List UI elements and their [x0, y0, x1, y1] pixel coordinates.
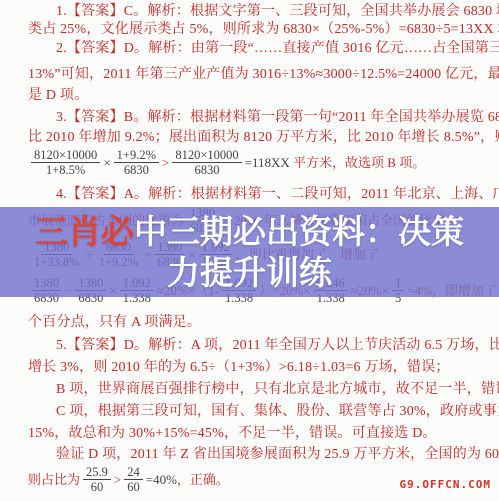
text-run: C 项，根据第三段可知，国有、集体、股份、联营等占 30%，政府或事业单位占 — [56, 404, 499, 419]
banner-title-highlight: 三肖必 — [35, 213, 134, 250]
banner-title-rest: 中三期必出资料：决策 — [134, 213, 464, 250]
text-run: 个百分点，只有 A 项满足。 — [28, 315, 201, 330]
text-run: 2.【答案】D。解析：由第一段“……直接产值 3016 亿元……占全国第三产业的 — [56, 41, 499, 56]
fraction-numerator: 25.9 — [83, 465, 111, 480]
text-line: 类占 25%，文化展示类占 5%，则所求为 6830×（25%-5%）=6830… — [28, 21, 494, 38]
text-run: =40% — [146, 471, 177, 488]
text-line: 比 2010 年增加 9.2%；展出面积为 8120 万平方米，比 2010 年… — [28, 129, 494, 146]
text-run: > — [162, 154, 169, 171]
text-run: 验证 D 项，2011 年 Z 省出国境参展面积为 25.9 万平方米，全国的为… — [56, 447, 499, 462]
text-line: 增长 3%，则 2010 年的为 6.5÷（1+3%）>6.18÷1.03=6 … — [28, 359, 494, 376]
text-run: ，正确。 — [177, 471, 229, 488]
fraction: 1+9.2%6830 — [114, 148, 159, 177]
fraction-numerator: 8120×10000 — [172, 148, 241, 163]
formula-line: 8120×100001+8.5%×1+9.2%6830>8120×1000068… — [28, 148, 494, 177]
text-line: 验证 D 项，2011 年 Z 省出国境参展面积为 25.9 万平方米，全国的为… — [28, 446, 494, 463]
text-run: 平方米，故选项 B 项。 — [290, 154, 425, 171]
text-run: 4.【答案】A。解析：根据材料第一、二段可知，2011 年北京、上海、广州三城 — [56, 187, 499, 202]
text-line: 2.【答案】D。解析：由第一段“……直接产值 3016 亿元……占全国第三产业的 — [28, 40, 494, 57]
text-run: 1.【答案】C。解析：根据文字第一、三段可知，全国共举办展会 6830 场，消费 — [56, 4, 499, 19]
fraction: 25.960 — [83, 465, 111, 494]
text-line: 13%”可知，2011 年第三产业产值为 3016÷13%≈3000÷12.5%… — [28, 66, 494, 83]
fraction-denominator: 1+8.5% — [43, 163, 88, 177]
fraction-denominator: 60 — [88, 480, 107, 494]
text-run: B 项，世界商展百强排行榜中，只有北京是北方城市，故不足一半，错误； — [56, 382, 499, 397]
text-run: > — [114, 471, 121, 488]
text-line: 4.【答案】A。解析：根据材料第一、二段可知，2011 年北京、上海、广州三城 — [28, 186, 494, 203]
text-line: 个百分点，只有 A 项满足。 — [28, 314, 494, 331]
answer-key-page: 1.【答案】C。解析：根据文字第一、三段可知，全国共举办展会 6830 场，消费… — [0, 0, 499, 501]
text-run: 增长 3%，则 2010 年的为 6.5÷（1+3%）>6.18÷1.03=6 … — [28, 360, 450, 375]
text-line: 5.【答案】D。解析：A 项，2011 年全国万人以上节庆活动 6.5 万场，比… — [28, 337, 494, 354]
text-line: 3.【答案】B。解析：根据材料第一段第一句“2011 年全国共举办展览 6830… — [28, 109, 494, 126]
fraction-numerator: 24 — [124, 465, 143, 480]
banner-title-line-1: 三肖必中三期必出资料：决策 — [35, 211, 464, 252]
text-run: 类占 25%，文化展示类占 5%，则所求为 6830×（25%-5%）=6830… — [28, 22, 499, 37]
promo-banner-overlay: 三肖必中三期必出资料：决策 力提升训练 — [0, 207, 499, 297]
fraction-denominator: 6830 — [121, 163, 152, 177]
fraction-denominator: 6830 — [192, 163, 223, 177]
fraction-denominator: 60 — [124, 480, 143, 494]
text-line: C 项，根据第三段可知，国有、集体、股份、联营等占 30%，政府或事业单位占 — [28, 403, 494, 420]
text-line: 1.【答案】C。解析：根据文字第一、三段可知，全国共举办展会 6830 场，消费 — [28, 3, 494, 20]
text-run: 5.【答案】D。解析：A 项，2011 年全国万人以上节庆活动 6.5 万场，比… — [56, 338, 499, 353]
text-run: 比 2010 年增加 9.2%；展出面积为 8120 万平方米，比 2010 年… — [28, 130, 499, 145]
fraction-numerator: 1+9.2% — [114, 148, 159, 163]
banner-title-line-2: 力提升训练 — [167, 252, 332, 293]
fraction: 8120×100001+8.5% — [31, 148, 100, 177]
text-run: =118XX — [245, 154, 290, 171]
text-run: 13%”可知，2011 年第三产业产值为 3016÷13%≈3000÷12.5%… — [28, 67, 499, 82]
text-run: 是 D 项。 — [28, 88, 88, 103]
text-run: 15%，故总和为 30%+15%=45%，不足一半，错误。可直接选 D。 — [28, 426, 437, 441]
text-run: 则占比为 — [28, 471, 80, 488]
text-line: 是 D 项。 — [28, 87, 494, 104]
text-line: B 项，世界商展百强排行榜中，只有北京是北方城市，故不足一半，错误； — [28, 381, 494, 398]
text-run: × — [103, 154, 110, 171]
text-run: 3.【答案】B。解析：根据材料第一段第一句“2011 年全国共举办展览 6830… — [56, 110, 499, 125]
offcn-watermark: G9.OFFCN.COM — [400, 478, 491, 491]
fraction: 8120×100006830 — [172, 148, 241, 177]
fraction: 2460 — [124, 465, 143, 494]
fraction-numerator: 8120×10000 — [31, 148, 100, 163]
text-line: 15%，故总和为 30%+15%=45%，不足一半，错误。可直接选 D。 — [28, 425, 494, 442]
